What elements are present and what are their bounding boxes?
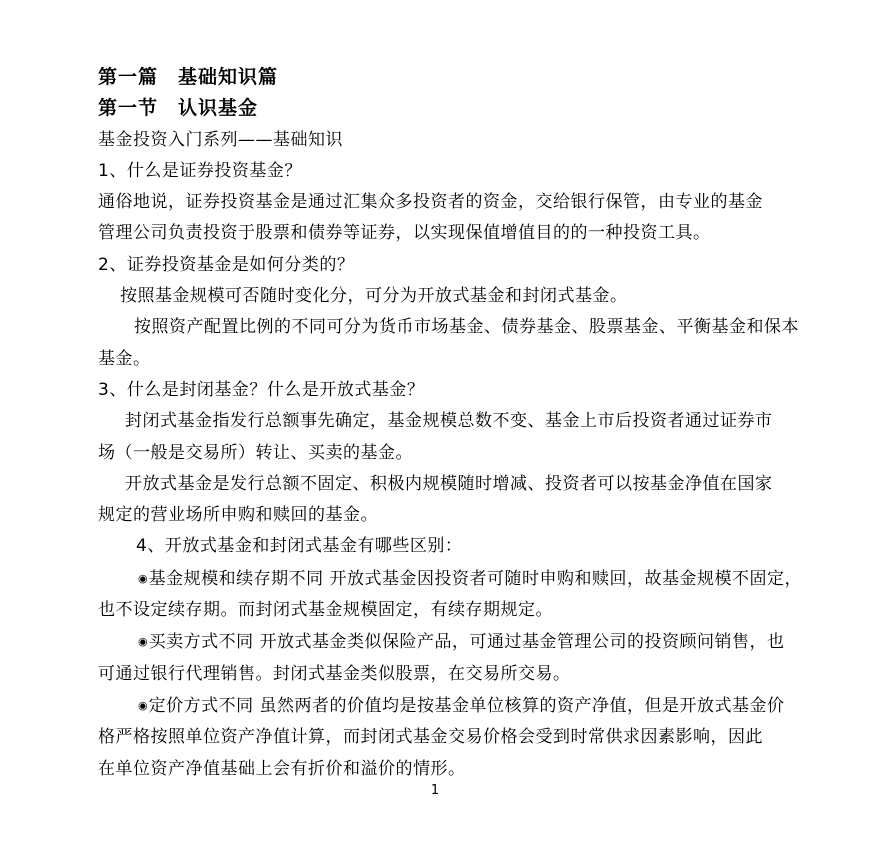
text-line: ◉定价方式不同 虽然两者的价值均是按基金单位核算的资产净值，但是开放式基金价 — [98, 690, 818, 722]
text-line: 按照资产配置比例的不同可分为货币市场基金、债券基金、股票基金、平衡基金和保本 — [98, 312, 818, 343]
text-line: 也不设定续存期。而封闭式基金规模固定，有续存期规定。 — [98, 595, 818, 626]
section-heading: 第一篇 基础知识篇 — [98, 62, 818, 93]
text-line: 2、证券投资基金是如何分类的？ — [98, 250, 818, 281]
text-line: 场（一般是交易所）转让、买卖的基金。 — [98, 438, 818, 469]
text-line: ◉基金规模和续存期不同 开放式基金因投资者可随时申购和赎回，故基金规模不固定， — [98, 563, 818, 595]
text-line: 3、什么是封闭基金？什么是开放式基金？ — [98, 375, 818, 406]
text-line: 在单位资产净值基础上会有折价和溢价的情形。 — [98, 754, 818, 785]
text-line: 基金。 — [98, 344, 818, 375]
text-line: 可通过银行代理销售。封闭式基金类似股票，在交易所交易。 — [98, 659, 818, 690]
text-line: 通俗地说，证券投资基金是通过汇集众多投资者的资金，交给银行保管，由专业的基金 — [98, 187, 818, 218]
text-line: 规定的营业场所申购和赎回的基金。 — [98, 500, 818, 531]
text-line: 按照基金规模可否随时变化分，可分为开放式基金和封闭式基金。 — [98, 281, 818, 312]
text-line: 开放式基金是发行总额不固定、积极内规模随时增减、投资者可以按基金净值在国家 — [98, 469, 818, 500]
text-line: 管理公司负责投资于股票和债券等证券，以实现保值增值目的的一种投资工具。 — [98, 218, 818, 249]
bullet-icon: ◉ — [138, 563, 148, 594]
text-line: 封闭式基金指发行总额事先确定，基金规模总数不变、基金上市后投资者通过证券市 — [98, 406, 818, 437]
text-line: ◉买卖方式不同 开放式基金类似保险产品，可通过基金管理公司的投资顾问销售，也 — [98, 626, 818, 658]
bullet-icon: ◉ — [138, 690, 148, 721]
text-line: 基金投资入门系列——基础知识 — [98, 125, 818, 156]
page-number: 1 — [0, 783, 870, 799]
text-line: 格严格按照单位资产净值计算，而封闭式基金交易价格会受到时常供求因素影响，因此 — [98, 722, 818, 753]
document-page: 第一篇 基础知识篇第一节 认识基金基金投资入门系列——基础知识1、什么是证券投资… — [0, 0, 870, 842]
text-line: 4、开放式基金和封闭式基金有哪些区别： — [98, 531, 818, 562]
document-content: 第一篇 基础知识篇第一节 认识基金基金投资入门系列——基础知识1、什么是证券投资… — [98, 62, 818, 785]
text-line: 1、什么是证券投资基金？ — [98, 156, 818, 187]
section-heading: 第一节 认识基金 — [98, 93, 818, 124]
bullet-icon: ◉ — [138, 626, 148, 657]
